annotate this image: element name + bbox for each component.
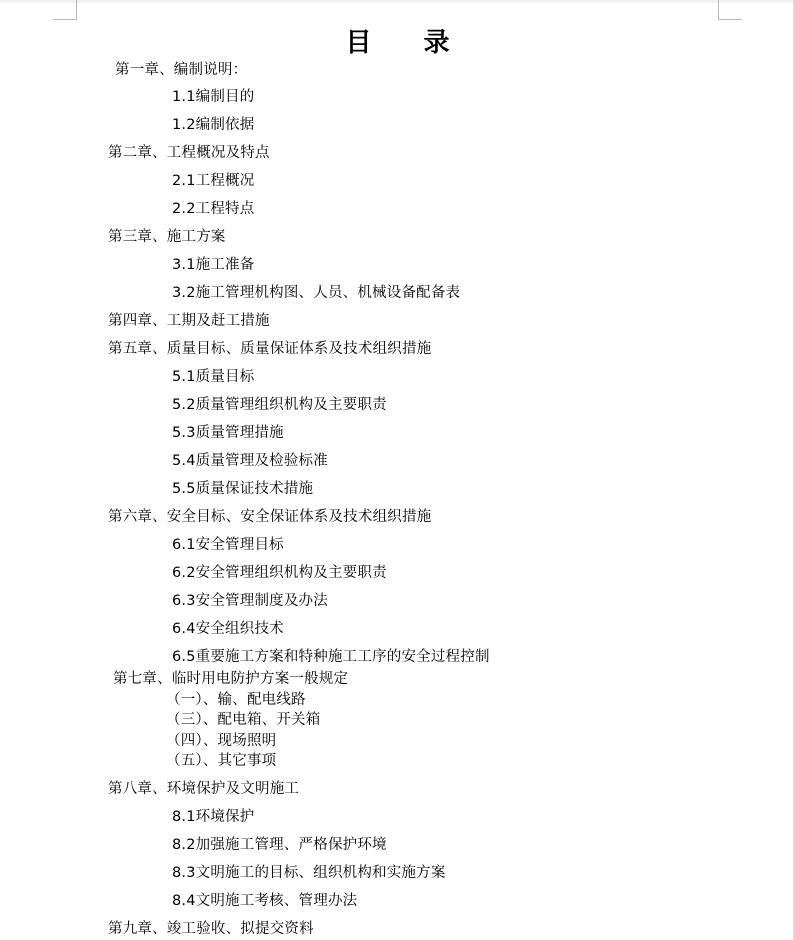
toc-section-entry: 2.1工程概况 — [172, 172, 254, 190]
toc-section-entry: 6.3安全管理制度及办法 — [172, 592, 328, 610]
toc-chapter-entry: 第四章、工期及赶工措施 — [108, 312, 270, 330]
toc-section-entry: 8.2加强施工管理、严格保护环境 — [172, 836, 387, 854]
toc-section-entry: 5.4质量管理及检验标准 — [172, 452, 328, 470]
toc-section-entry: 5.5质量保证技术措施 — [172, 480, 313, 498]
toc-section-entry: 8.3文明施工的目标、组织机构和实施方案 — [172, 864, 446, 882]
toc-section-entry: 5.1质量目标 — [172, 368, 254, 386]
toc-chapter-entry: 第三章、施工方案 — [108, 228, 226, 246]
toc-chapter-entry: 第一章、编制说明： — [115, 61, 247, 79]
margin-corner-mark-left-h — [53, 19, 77, 20]
toc-section-entry: 6.2安全管理组织机构及主要职责 — [172, 564, 387, 582]
toc-section-entry: 1.2编制依据 — [172, 116, 254, 134]
toc-section-entry: 6.4安全组织技术 — [172, 620, 284, 638]
toc-section-entry: 5.3质量管理措施 — [172, 424, 284, 442]
toc-section-entry: （三）、配电箱、开关箱 — [166, 711, 320, 729]
toc-section-entry: （五）、其它事项 — [166, 752, 276, 770]
toc-section-entry: 3.1施工准备 — [172, 256, 254, 274]
title-char-1: 目 — [345, 22, 371, 59]
toc-chapter-entry: 第八章、环境保护及文明施工 — [108, 780, 299, 798]
toc-chapter-entry: 第七章、临时用电防护方案一般规定 — [113, 670, 348, 688]
page-title: 目录 — [0, 22, 795, 59]
margin-corner-mark-left — [76, 0, 77, 20]
toc-section-entry: 8.1环境保护 — [172, 808, 254, 826]
margin-corner-mark-right-h — [718, 19, 742, 20]
toc-section-entry: 6.1安全管理目标 — [172, 536, 284, 554]
toc-section-entry: （四）、现场照明 — [166, 732, 276, 750]
page-top-edge — [0, 0, 795, 3]
toc-section-entry: 8.4文明施工考核、管理办法 — [172, 892, 357, 910]
toc-section-entry: 1.1编制目的 — [172, 88, 254, 106]
toc-section-entry: 3.2施工管理机构图、人员、机械设备配备表 — [172, 284, 460, 302]
toc-section-entry: 6.5重要施工方案和特种施工工序的安全过程控制 — [172, 648, 490, 666]
toc-section-entry: 2.2工程特点 — [172, 200, 254, 218]
toc-chapter-entry: 第五章、质量目标、质量保证体系及技术组织措施 — [108, 340, 431, 358]
toc-chapter-entry: 第二章、工程概况及特点 — [108, 144, 270, 162]
toc-section-entry: 5.2质量管理组织机构及主要职责 — [172, 396, 387, 414]
title-char-2: 录 — [424, 22, 450, 59]
toc-section-entry: （一）、输、配电线路 — [166, 691, 306, 709]
toc-chapter-entry: 第九章、竣工验收、拟提交资料 — [108, 920, 314, 938]
margin-corner-mark-right — [718, 0, 719, 20]
toc-chapter-entry: 第六章、安全目标、安全保证体系及技术组织措施 — [108, 508, 431, 526]
